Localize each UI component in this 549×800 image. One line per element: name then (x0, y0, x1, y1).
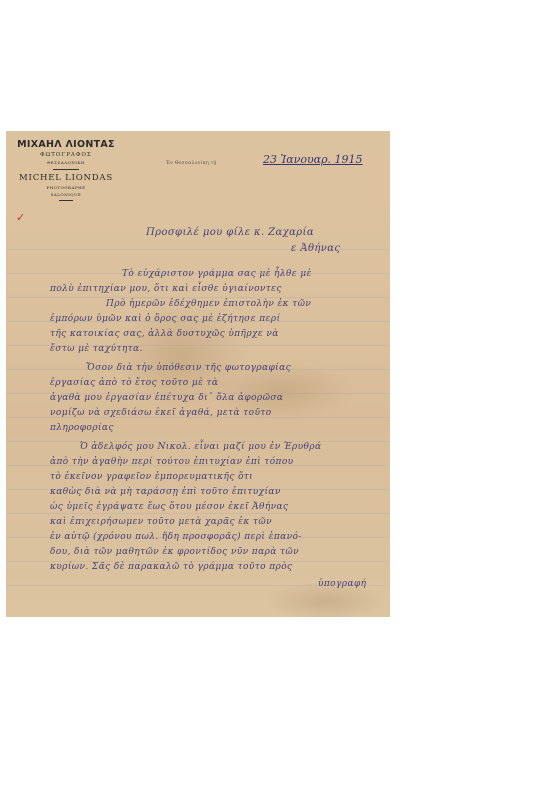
letter-line: Ὁ ἀδελφός μου Νικολ. εἶναι μαζί μου ἐν Ἐ… (80, 442, 321, 452)
letterhead-profession-latin: PHOTOGRAPHE (16, 185, 116, 190)
red-ink-mark: ✓ (16, 211, 25, 224)
letterhead-divider (53, 169, 79, 170)
ruled-line (6, 513, 390, 514)
letterhead-profession-greek: ΦΩΤΟΓΡΑΦΟΣ (16, 152, 116, 158)
letter-line: τὸ ἐκεῖνον γραφεῖον ἐμπορευματικῆς ὅτι (50, 472, 253, 482)
letterhead-name-latin: MICHEL LIONDAS (16, 173, 116, 183)
letter-line: ἀπὸ τὴν ἀγαθὴν περί τούτου ἐπιτυχίαν ἐπὶ… (50, 457, 294, 467)
signature: ὑπογραφή (318, 579, 366, 589)
letterhead-name-greek: ΜΙΧΑΗΛ ΛΙΟΝΤΑΣ (16, 139, 116, 150)
letter-line: νομίζω νὰ σχεδιάσω ἐκεῖ ἀγαθά, μετὰ τοῦτ… (50, 408, 272, 418)
salutation: Προσφιλέ μου φίλε κ. Ζαχαρία (146, 227, 314, 238)
letter-line: καθὼς διὰ νὰ μὴ ταράσσῃ ἐπὶ τοῦτο ἐπιτυχ… (50, 487, 281, 497)
letter-line: ἀγαθὰ μου ἐργασίαν ἐπέτυχα δι᾽ ὅλα ἀφορῶ… (50, 393, 283, 403)
salutation-line2: ε Ἀθήνας (291, 243, 340, 254)
letter-line: πληροφορίας (50, 423, 114, 433)
ruled-line (6, 297, 390, 298)
letter-line: τῆς κατοικίας σας, ἀλλὰ δυστυχῶς ὑπῆρχε … (50, 329, 279, 339)
letter-line: ἔστω μὲ ταχύτητα. (50, 344, 143, 354)
letter-line: κυρίων. Σᾶς δὲ παρακαλῶ τὸ γράμμα τοῦτο … (50, 562, 292, 572)
place-printed: Ἐν Θεσσαλονίκῃ τῇ (166, 161, 217, 166)
letter-line: Τὸ εὐχάριστον γράμμα σας μὲ ἦλθε μὲ (122, 269, 312, 279)
letterhead-divider (59, 200, 73, 201)
letter-line: Πρὸ ἡμερῶν ἐδέχθημεν ἐπιστολὴν ἐκ τῶν (106, 299, 311, 309)
letter-line: ἐργασίας ἀπὸ τὸ ἔτος τοῦτο μὲ τὰ (50, 378, 218, 388)
letterhead-city-greek: ΘΕΣΣΑΛΟΝΙΚΗ (16, 160, 116, 165)
letter-line: πολὺ ἐπιτηχίαν μου, ὅτι καὶ εἶσθε ὑγιαίν… (50, 284, 282, 294)
letter-line: ὡς ὑμεῖς ἐγράψατε ἕως ὅτου μέσον ἐκεῖ Ἀθ… (50, 502, 288, 512)
letter-date: 23 Ἰανουαρ. 1915 (263, 153, 363, 166)
letter-line: δου, διὰ τῶν μαθητῶν ἐκ φροντίδος νῦν πα… (50, 547, 299, 557)
letter-line: ἐν αὐτῷ (χρόνου πωλ. ἤδη προσφορᾶς) περὶ… (50, 532, 302, 542)
letterhead-city-latin: SALONIQUE (16, 192, 116, 197)
letter-line: ἐμπόρων ὑμῶν καὶ ὁ ὅρος σας μὲ ἐζήτησε π… (50, 314, 280, 324)
letter-line: καὶ ἐπιχειρήσωμεν τοῦτο μετὰ χαρᾶς ἐκ τῶ… (50, 517, 272, 527)
letter-page: ΜΙΧΑΗΛ ΛΙΟΝΤΑΣ ΦΩΤΟΓΡΑΦΟΣ ΘΕΣΣΑΛΟΝΙΚΗ MI… (6, 131, 390, 617)
letter-line: Ὅσον διὰ τὴν ὑπόθεσιν τῆς φωτογραφίας (86, 363, 291, 373)
letterhead: ΜΙΧΑΗΛ ΛΙΟΝΤΑΣ ΦΩΤΟΓΡΑΦΟΣ ΘΕΣΣΑΛΟΝΙΚΗ MI… (16, 139, 116, 201)
